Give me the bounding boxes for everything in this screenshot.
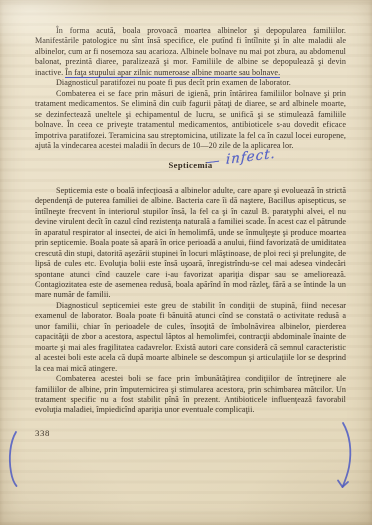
scanned-book-page: În forma acută, boala provoacă moartea a… [0,0,372,525]
margin-mark-left-icon [5,430,21,488]
paragraph-treatment-paratyphoid: Combaterea ei se face prin măsuri de igi… [35,89,346,152]
paragraph-septicemia-intro: Septicemia este o boală infecţioasă a al… [35,186,346,301]
paragraph-treatment-septicemia: Combaterea acestei boli se face prin îmb… [35,374,346,416]
paragraph-diagnosis-paratyphoid: Diagnosticul paratifozei nu poate fi pus… [35,78,346,88]
text-block: În forma acută, boala provoacă moartea a… [35,26,346,438]
underlined-phrase: În faţa stupului apar zilnic numeroase a… [65,68,280,79]
handwritten-annotation: — infect. [206,149,276,168]
page-number: 338 [35,428,346,438]
paragraph-acute-form: În forma acută, boala provoacă moartea a… [35,26,346,78]
paragraph-diagnosis-septicemia: Diagnosticul septicemiei este greu de st… [35,301,346,374]
section-heading-row: Septicemia — infect. [35,160,346,171]
